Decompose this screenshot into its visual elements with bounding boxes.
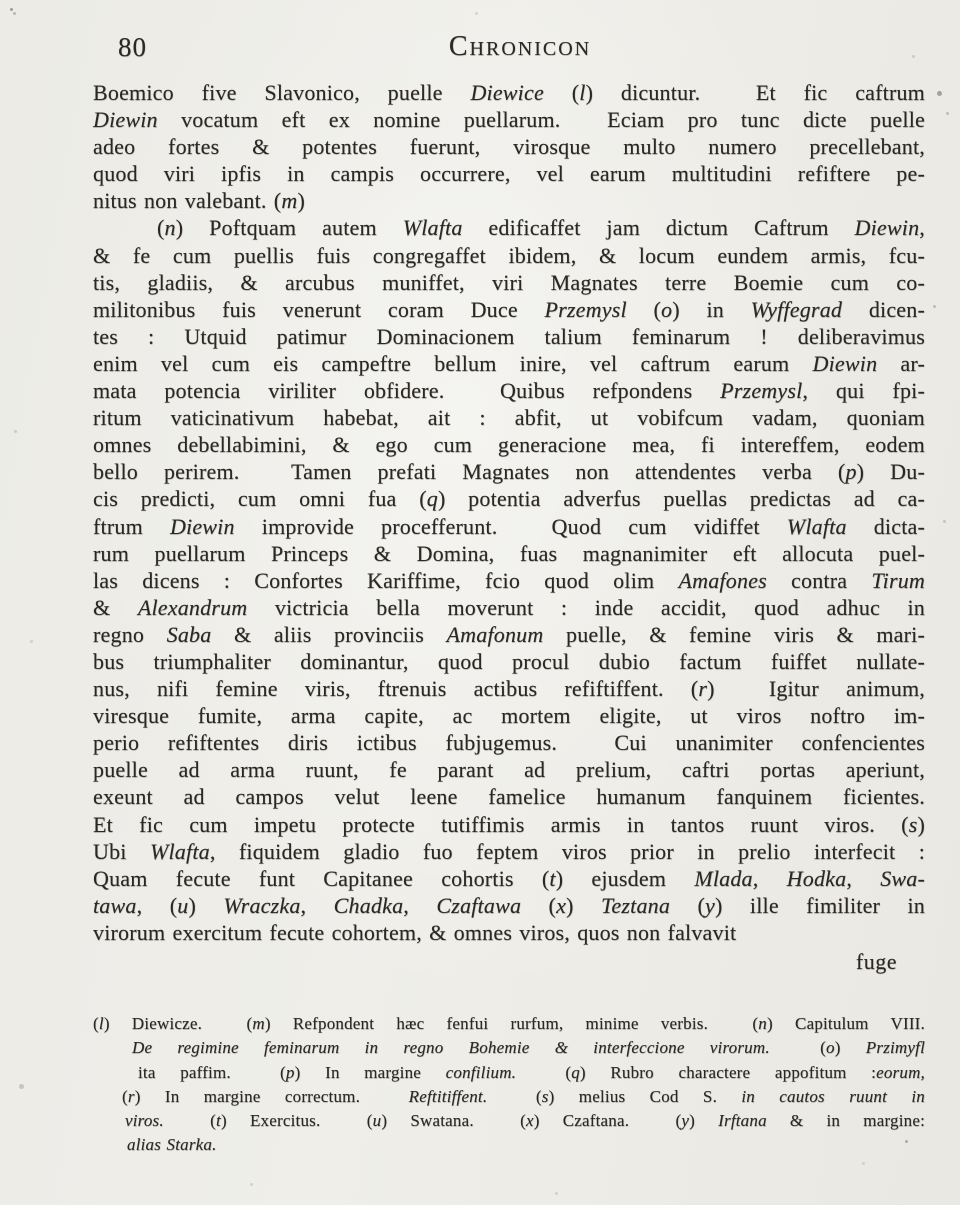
text-line: virorum exercitum fecute cohortem, & omn…	[93, 919, 925, 946]
text-segment: (	[770, 1038, 826, 1057]
text-segment: quod viri ipfis in campis occurrere, vel…	[93, 161, 925, 186]
text-line: adeo fortes & potentes fuerunt, virosque…	[93, 133, 925, 160]
italic-text-segment: x	[556, 893, 566, 918]
text-segment: ftrum	[93, 514, 170, 539]
text-segment: (	[487, 1087, 542, 1106]
text-line: puelle ad arma ruunt, fe parant ad preli…	[93, 756, 925, 783]
text-segment: (	[670, 893, 705, 918]
text-segment: dicta-	[847, 514, 925, 539]
italic-text-segment: r	[128, 1087, 135, 1106]
text-segment: , (	[137, 893, 178, 918]
text-segment: )	[689, 1111, 718, 1130]
italic-text-segment: Swa-	[880, 866, 925, 891]
running-header-title: Chronicon	[0, 31, 960, 63]
italic-text-segment: viros.	[125, 1111, 164, 1130]
text-segment: mata potencia viriliter obfidere. Quibus…	[93, 378, 720, 403]
italic-text-segment: Diewin	[170, 514, 235, 539]
text-line: regno Saba & aliis provinciis Amafonum p…	[93, 621, 925, 648]
text-segment: ar-	[877, 351, 925, 376]
italic-text-segment: u	[177, 893, 188, 918]
italic-text-segment: m	[281, 188, 297, 213]
italic-text-segment: Mlada	[694, 866, 752, 891]
text-segment: nitus non valebant. (	[93, 188, 281, 213]
text-segment: militonibus fuis venerunt coram Duce	[93, 297, 545, 322]
text-segment: ,	[846, 866, 880, 891]
text-segment: )	[917, 812, 925, 837]
italic-text-segment: Wlafta	[403, 215, 463, 240]
italic-text-segment: n	[758, 1014, 767, 1033]
text-segment: (	[627, 297, 661, 322]
text-line: Et fic cum impetu protecte tutiffimis ar…	[93, 811, 925, 838]
text-segment: Ubi	[93, 839, 150, 864]
text-segment: (	[544, 80, 579, 105]
text-segment: cis predicti, cum omni fua (	[93, 486, 427, 511]
text-segment: omnes debellabimini, & ego cum generacio…	[93, 432, 925, 457]
text-line: militonibus fuis venerunt coram Duce Prz…	[93, 296, 925, 323]
text-segment: ) Czaftana. (	[534, 1111, 682, 1130]
italic-text-segment: x	[526, 1111, 534, 1130]
italic-text-segment: De regimine feminarum in regno Bohemie &…	[132, 1038, 770, 1057]
italic-text-segment: alias Starka.	[127, 1135, 217, 1154]
text-line: tawa, (u) Wraczka, Chadka, Czaftawa (x) …	[93, 892, 925, 919]
text-segment: ritum vaticinativum habebat, ait : abfit…	[93, 405, 925, 430]
text-segment: las dicens : Confortes Kariffime, fcio q…	[93, 568, 679, 593]
text-segment: ,	[919, 215, 925, 240]
text-segment: ) ejusdem	[556, 866, 695, 891]
text-segment: improvide procefferunt. Quod cum vidiffe…	[235, 514, 787, 539]
italic-text-segment: Irftana	[718, 1111, 767, 1130]
text-segment: adeo fortes & potentes fuerunt, virosque…	[93, 134, 925, 159]
text-segment: ) Swatana. (	[381, 1111, 526, 1130]
body-text: Boemico five Slavonico, puelle Diewice (…	[93, 79, 925, 946]
italic-text-segment: Teztana	[601, 893, 670, 918]
italic-text-segment: Reftitiffent.	[409, 1087, 488, 1106]
text-segment: victricia bella moverunt : inde accidit,…	[247, 595, 925, 620]
italic-text-segment: Przemysl	[545, 297, 627, 322]
text-segment: ,	[403, 893, 436, 918]
text-segment: edificaffet jam dictum Caftrum	[463, 215, 855, 240]
text-line: cis predicti, cum omni fua (q) potentia …	[93, 485, 925, 512]
text-line: ftrum Diewin improvide procefferunt. Quo…	[93, 513, 925, 540]
italic-text-segment: Wyffegrad	[751, 297, 842, 322]
text-segment: , qui fpi-	[802, 378, 925, 403]
text-line: bus triumphaliter dominantur, quod procu…	[93, 648, 925, 675]
text-segment: bus triumphaliter dominantur, quod procu…	[93, 649, 925, 674]
italic-text-segment: o	[661, 297, 672, 322]
text-segment: )	[835, 1038, 866, 1057]
italic-text-segment: Alexandrum	[138, 595, 248, 620]
text-line: rum puellarum Princeps & Domina, fuas ma…	[93, 540, 925, 567]
italic-text-segment: Amafonum	[447, 622, 544, 647]
text-segment: Quam fecute funt Capitanee cohortis (	[93, 866, 549, 891]
text-segment: enim vel cum eis campeftre bellum inire,…	[93, 351, 813, 376]
italic-text-segment: q	[571, 1063, 580, 1082]
text-segment: tis, gladiis, & arcubus muniffet, viri M…	[93, 270, 925, 295]
italic-text-segment: Czaftawa	[436, 893, 521, 918]
text-segment: ) Rubro charactere appofitum :	[580, 1063, 876, 1082]
text-line: bello perirem. Tamen prefati Magnates no…	[93, 458, 925, 485]
text-segment: viresque fumite, arma capite, ac mortem …	[93, 703, 925, 728]
catchword: fuge	[856, 949, 897, 975]
text-line: perio refiftentes diris ictibus fubjugem…	[93, 729, 925, 756]
text-line: mata potencia viriliter obfidere. Quibus…	[93, 377, 925, 404]
italic-text-segment: Hodka	[787, 866, 847, 891]
text-segment: ) In margine	[295, 1063, 446, 1082]
text-segment: ,	[753, 866, 787, 891]
text-line: exeunt ad campos velut leene famelice hu…	[93, 783, 925, 810]
text-segment: regno	[93, 622, 167, 647]
italic-text-segment: r	[698, 676, 707, 701]
text-segment: ) ille fimiliter in	[715, 893, 925, 918]
text-line: nus, nifi femine viris, ftrenuis actibus…	[93, 675, 925, 702]
text-segment: Et fic cum impetu protecte tutiffimis ar…	[93, 812, 909, 837]
text-segment: )	[566, 893, 601, 918]
italic-text-segment: Diewin	[855, 215, 920, 240]
text-segment: puelle, & femine viris & mari-	[543, 622, 925, 647]
italic-text-segment: q	[427, 486, 438, 511]
text-segment: nus, nifi femine viris, ftrenuis actibus…	[93, 676, 698, 701]
text-segment: contra	[767, 568, 872, 593]
text-line: viros. (t) Exercitus. (u) Swatana. (x) C…	[125, 1109, 925, 1133]
italic-text-segment: Wraczka	[223, 893, 300, 918]
text-segment: perio refiftentes diris ictibus fubjugem…	[93, 730, 925, 755]
text-segment: virorum exercitum fecute cohortem, & omn…	[93, 920, 736, 945]
footnotes: (l) Diewicze. (m) Refpondent hæc fenfui …	[93, 1012, 925, 1158]
text-line: tes : Utquid patimur Dominacionem talium…	[93, 323, 925, 350]
text-segment: ) in	[672, 297, 750, 322]
text-segment: ) Du-	[857, 459, 925, 484]
text-segment: ) In margine correctum.	[135, 1087, 409, 1106]
italic-text-segment: p	[286, 1063, 295, 1082]
italic-text-segment: Diewin	[93, 107, 158, 132]
text-segment: ) Capitulum VIII.	[767, 1014, 925, 1033]
text-line: Diewin vocatum eft ex nomine puellarum. …	[93, 106, 925, 133]
text-segment: (	[521, 893, 556, 918]
text-segment: (	[516, 1063, 571, 1082]
italic-text-segment: in cautos ruunt in	[741, 1087, 925, 1106]
text-line: (n) Poftquam autem Wlafta edificaffet ja…	[157, 214, 925, 241]
text-segment: ) dicuntur. Et fic caftrum	[586, 80, 925, 105]
text-segment: dicen-	[842, 297, 925, 322]
text-line: omnes debellabimini, & ego cum generacio…	[93, 431, 925, 458]
text-segment: (	[157, 215, 165, 240]
text-line: nitus non valebant. (m)	[93, 187, 925, 214]
text-segment: & aliis provinciis	[211, 622, 446, 647]
text-segment: & in margine:	[767, 1111, 925, 1130]
text-segment: exeunt ad campos velut leene famelice hu…	[93, 784, 925, 809]
text-segment: bello perirem. Tamen prefati Magnates no…	[93, 459, 845, 484]
text-segment: ) Exercitus. (	[221, 1111, 373, 1130]
text-line: (l) Diewicze. (m) Refpondent hæc fenfui …	[93, 1012, 925, 1036]
italic-text-segment: m	[252, 1014, 264, 1033]
text-segment: (	[164, 1111, 216, 1130]
text-segment: & fe cum puellis fuis congregaffet ibide…	[93, 243, 925, 268]
text-segment: , fiquidem gladio fuo feptem viros prior…	[210, 839, 925, 864]
italic-text-segment: eorum,	[876, 1063, 925, 1082]
italic-text-segment: u	[373, 1111, 382, 1130]
text-segment: tes : Utquid patimur Dominacionem talium…	[93, 324, 925, 349]
italic-text-segment: Chadka	[334, 893, 404, 918]
text-line: & Alexandrum victricia bella moverunt : …	[93, 594, 925, 621]
italic-text-segment: Wlafta	[150, 839, 210, 864]
text-segment: )	[297, 188, 305, 213]
text-line: quod viri ipfis in campis occurrere, vel…	[93, 160, 925, 187]
italic-text-segment: Tirum	[871, 568, 925, 593]
text-segment: ita paffim. (	[138, 1063, 286, 1082]
text-line: las dicens : Confortes Kariffime, fcio q…	[93, 567, 925, 594]
italic-text-segment: confilium.	[446, 1063, 516, 1082]
italic-text-segment: y	[705, 893, 715, 918]
text-segment: &	[93, 595, 138, 620]
text-segment: ,	[301, 893, 334, 918]
italic-text-segment: n	[165, 215, 176, 240]
text-segment: ) Poftquam autem	[176, 215, 403, 240]
paper-noise	[0, 0, 3, 3]
italic-text-segment: Wlafta	[787, 514, 847, 539]
text-line: Ubi Wlafta, fiquidem gladio fuo feptem v…	[93, 838, 925, 865]
text-segment: vocatum eft ex nomine puellarum. Eciam p…	[158, 107, 925, 132]
text-segment: ) Diewicze. (	[104, 1014, 253, 1033]
italic-text-segment: Przemysl	[720, 378, 802, 403]
book-page: 80 Chronicon Boemico five Slavonico, pue…	[0, 0, 960, 1205]
italic-text-segment: s	[542, 1087, 549, 1106]
text-segment: ) Igitur animum,	[707, 676, 925, 701]
italic-text-segment: o	[826, 1038, 835, 1057]
text-line: tis, gladiis, & arcubus muniffet, viri M…	[93, 269, 925, 296]
italic-text-segment: Przimyfl	[866, 1038, 925, 1057]
italic-text-segment: Diewice	[470, 80, 543, 105]
text-segment: ) Refpondent hæc fenfui rurfum, minime v…	[265, 1014, 758, 1033]
text-line: (r) In margine correctum. Reftitiffent. …	[122, 1085, 925, 1109]
text-line: ritum vaticinativum habebat, ait : abfit…	[93, 404, 925, 431]
text-segment: ) potentia adverfus puellas predictas ad…	[438, 486, 925, 511]
text-line: alias Starka.	[127, 1133, 925, 1157]
italic-text-segment: Saba	[167, 622, 212, 647]
text-segment: rum puellarum Princeps & Domina, fuas ma…	[93, 541, 925, 566]
italic-text-segment: p	[845, 459, 856, 484]
italic-text-segment: y	[681, 1111, 689, 1130]
italic-text-segment: Diewin	[813, 351, 878, 376]
text-segment: ) melius Cod S.	[549, 1087, 742, 1106]
text-segment: Boemico five Slavonico, puelle	[93, 80, 470, 105]
text-line: enim vel cum eis campeftre bellum inire,…	[93, 350, 925, 377]
italic-text-segment: Amafones	[679, 568, 767, 593]
text-line: & fe cum puellis fuis congregaffet ibide…	[93, 242, 925, 269]
text-line: viresque fumite, arma capite, ac mortem …	[93, 702, 925, 729]
text-segment: )	[188, 893, 223, 918]
text-line: Quam fecute funt Capitanee cohortis (t) …	[93, 865, 925, 892]
text-line: Boemico five Slavonico, puelle Diewice (…	[93, 79, 925, 106]
italic-text-segment: tawa	[93, 893, 137, 918]
text-line: De regimine feminarum in regno Bohemie &…	[132, 1036, 925, 1060]
text-line: ita paffim. (p) In margine confilium. (q…	[138, 1061, 925, 1085]
text-segment: puelle ad arma ruunt, fe parant ad preli…	[93, 757, 925, 782]
